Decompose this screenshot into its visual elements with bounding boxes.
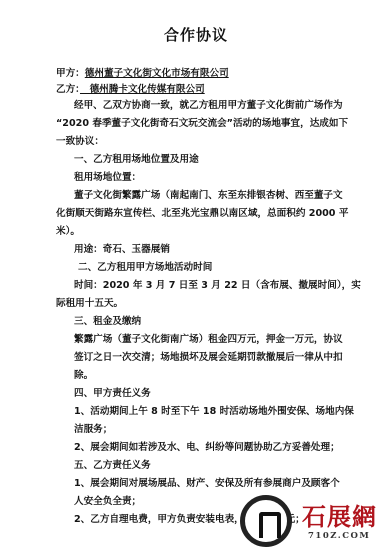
- body-line: 2、展会期间如若涉及水、电、纠纷等问题协助乙方妥善处理；: [74, 442, 340, 454]
- body-line: 用途：奇石、玉器展销: [74, 244, 170, 256]
- body-line: 签订之日一次交清；场地损坏及展会延期罚款撤展后一律从中扣: [74, 352, 343, 364]
- body-line: 繁露广场（董子文化街南广场）租金四万元，押金一万元，协议: [74, 334, 343, 346]
- body-line: 四、甲方责任义务: [74, 388, 151, 400]
- body-line: “2020 春季董子文化街奇石文玩交流会”活动的场地事宜，达成如下: [56, 118, 348, 130]
- body-line: 经甲、乙双方协商一致，就乙方租用甲方董子文化街前广场作为: [74, 100, 343, 112]
- party-a-name: 德州董子文化街文化市场有限公司: [85, 68, 229, 79]
- watermark-logo-icon: [240, 495, 292, 547]
- body-line: 一、乙方租用场地位置及用途: [74, 154, 199, 166]
- watermark: 石展網 710Z.COM: [240, 495, 390, 555]
- party-b-label: 乙方：: [56, 84, 80, 95]
- body-line: 洁服务；: [74, 424, 112, 436]
- body-line: 米）。: [56, 226, 80, 238]
- body-line: 1、活动期间上午 8 时至下午 18 时活动场地外围安保、场地内保: [74, 406, 354, 418]
- body-line: 时间：2020 年 3 月 7 日至 3 月 22 日（含布展、撤展时间），实: [74, 280, 361, 292]
- body-line: 五、乙方责任义务: [74, 460, 151, 472]
- party-a-label: 甲方：: [56, 68, 85, 79]
- body-line: 二、乙方租用甲方场地活动时间: [78, 262, 212, 274]
- party-b-name: 德州腾卡文化传媒有限公司: [80, 84, 205, 95]
- body-line: 三、租金及缴纳: [74, 316, 141, 328]
- body-line: 化街顺天街路东宣传栏、北至兆光宝鼎以南区域，总面积约 2000 平: [56, 208, 348, 220]
- document-page: 合作协议 甲方：德州董子文化街文化市场有限公司 乙方： 德州腾卡文化传媒有限公司…: [0, 0, 392, 555]
- body-line: 租用场地位置：: [74, 172, 141, 184]
- party-b-line: 乙方： 德州腾卡文化传媒有限公司: [56, 84, 205, 96]
- body-line: 一致协议：: [56, 136, 104, 148]
- body-line: 际租用十五天。: [56, 298, 123, 310]
- watermark-site: 710Z.COM: [308, 531, 370, 541]
- body-line: 1、展会期间对展场展品、财产、安保及所有参展商户及顾客个: [74, 478, 340, 490]
- body-line: 人安全负全责；: [74, 496, 141, 508]
- body-line: 除。: [74, 370, 93, 382]
- body-line: 董子文化街繁露广场（南起南门、东至东排银杏树、西至董子文: [74, 190, 343, 202]
- watermark-logo-text: 石展網: [302, 497, 377, 532]
- party-a-line: 甲方：德州董子文化街文化市场有限公司: [56, 68, 229, 80]
- document-title: 合作协议: [0, 24, 392, 45]
